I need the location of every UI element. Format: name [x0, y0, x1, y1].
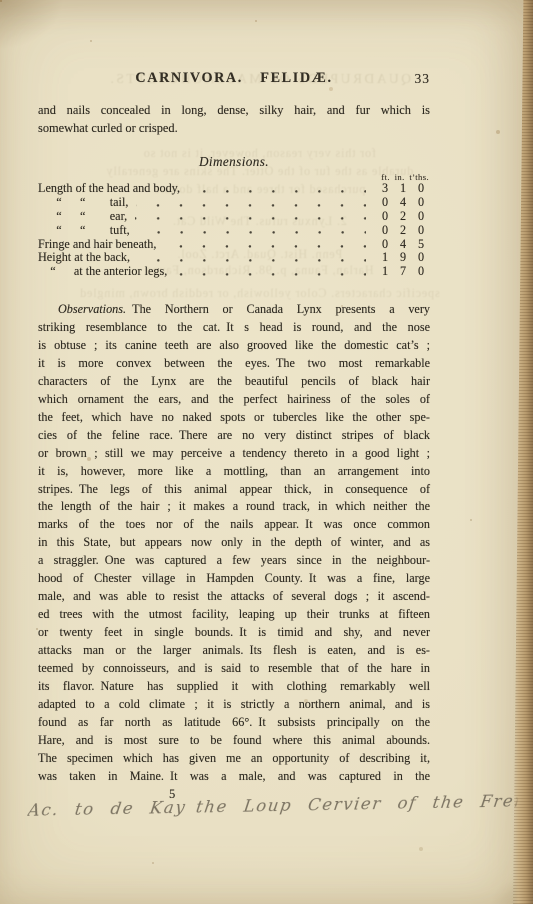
table-row: “ at the anterior legs, 1 7 0	[38, 265, 430, 279]
header-page-number: 33	[415, 71, 431, 87]
leader-dots	[136, 196, 366, 210]
leader-dots	[175, 265, 366, 279]
observations-paragraph: Observations. The Northern or Canada Lyn…	[38, 301, 430, 786]
text-line: stripes. The legs of this animal appear …	[38, 481, 430, 499]
value-tenths: 0	[412, 251, 430, 265]
value-inches: 2	[394, 224, 412, 238]
text-line: is obtuse ; its canine teeth are also gr…	[38, 337, 430, 355]
text-line: a straggler. One was captured a few year…	[38, 552, 430, 570]
value-feet: 0	[376, 238, 394, 252]
leader-dots	[138, 251, 366, 265]
text-line: it is, however, more like a mottling, th…	[38, 463, 430, 481]
text-line: Observations. The Northern or Canada Lyn…	[38, 301, 430, 319]
leader-dots	[188, 182, 366, 196]
dimensions-table: Length of the head and body, 3 1 0 “ “ t…	[38, 182, 430, 279]
row-label: Length of the head and body,	[38, 182, 180, 196]
text-line: ed trees with the utmost facility, leapi…	[38, 606, 430, 624]
value-inches: 7	[394, 265, 412, 279]
text-line: and nails concealed in long, dense, silk…	[38, 101, 430, 119]
text-line: male, and was able to resist the attacks…	[38, 588, 430, 606]
table-row: “ “ tuft, 0 2 0	[38, 224, 430, 238]
leader-dots	[164, 238, 366, 252]
text-line: the length of the hair ; it makes a roun…	[38, 498, 430, 516]
text-line: found as far north as latitude 66°. It s…	[38, 714, 430, 732]
leader-dots	[138, 224, 366, 238]
value-inches: 1	[394, 182, 412, 196]
observations-lines: striking resemblance to the cat. It s he…	[38, 319, 430, 786]
value-inches: 2	[394, 210, 412, 224]
observations-label: Observations.	[58, 302, 126, 316]
value-feet: 1	[376, 251, 394, 265]
dimensions-heading: Dimensions.	[38, 154, 430, 170]
row-label: “ “ tuft,	[38, 224, 130, 238]
text-line: attacks man or the larger animals. Its f…	[38, 642, 430, 660]
row-label: “ “ ear,	[38, 210, 127, 224]
table-row: “ “ tail, 0 4 0	[38, 196, 430, 210]
value-tenths: 5	[412, 238, 430, 252]
row-label: Fringe and hair beneath,	[38, 238, 156, 252]
value-feet: 3	[376, 182, 394, 196]
text-line: somewhat curled or crisped.	[38, 119, 430, 137]
running-header: CARNIVORA. FELIDÆ. 33	[38, 70, 430, 88]
text-line: The specimen which has given me an oppor…	[38, 750, 430, 768]
table-row: “ “ ear, 0 2 0	[38, 210, 430, 224]
text-line: was taken in Maine. It was a male, and w…	[38, 768, 430, 786]
printed-text-block: CARNIVORA. FELIDÆ. 33 and nails conceale…	[38, 70, 430, 870]
text-line: which ornament the ears, and the perfect…	[38, 391, 430, 409]
value-feet: 1	[376, 265, 394, 279]
text-line: characters of the Lynx are the beautiful…	[38, 373, 430, 391]
text-line: marks of the toes nor of the nails appea…	[38, 516, 430, 534]
text-line: striking resemblance to the cat. It s he…	[38, 319, 430, 337]
value-tenths: 0	[412, 210, 430, 224]
value-tenths: 0	[412, 182, 430, 196]
value-feet: 0	[376, 224, 394, 238]
value-tenths: 0	[412, 265, 430, 279]
row-label: “ at the anterior legs,	[38, 265, 167, 279]
value-tenths: 0	[412, 224, 430, 238]
intro-paragraph: and nails concealed in long, dense, silk…	[38, 101, 430, 137]
row-label: “ “ tail,	[38, 196, 128, 210]
text-line: teemed by connoisseurs, and is said to r…	[38, 660, 430, 678]
text-line: cies of the feline race. There are no ve…	[38, 427, 430, 445]
value-tenths: 0	[412, 196, 430, 210]
text-line: adapted to a cold climate ; it is strict…	[38, 696, 430, 714]
table-row: Length of the head and body, 3 1 0	[38, 182, 430, 196]
value-inches: 4	[394, 238, 412, 252]
text-line: or twenty feet in single bounds. It is t…	[38, 624, 430, 642]
text-line: in this State, but appears now only in t…	[38, 534, 430, 552]
table-row: Height at the back, 1 9 0	[38, 251, 430, 265]
value-inches: 9	[394, 251, 412, 265]
row-label: Height at the back,	[38, 251, 130, 265]
text-line: it is more convex between the eyes. The …	[38, 355, 430, 373]
observations-lead-text: The Northern or Canada Lynx presents a v…	[126, 302, 430, 316]
table-row: Fringe and hair beneath, 0 4 5	[38, 238, 430, 252]
page-title: CARNIVORA. FELIDÆ.	[38, 70, 430, 87]
text-line: hood of Chester village in Hampden Count…	[38, 570, 430, 588]
value-feet: 0	[376, 210, 394, 224]
text-line: the feet, which have no naked spots or t…	[38, 409, 430, 427]
book-page-edges	[513, 0, 533, 904]
value-feet: 0	[376, 196, 394, 210]
text-line: its flavor. Nature has supplied it with …	[38, 678, 430, 696]
text-line: Hare, and is most sure to be found where…	[38, 732, 430, 750]
leader-dots	[135, 210, 366, 224]
text-line: or brown ; still we may perceive a tende…	[38, 445, 430, 463]
scanned-book-page: QUADRUPEDS OF MASSACHUSETTS. for this ve…	[0, 0, 533, 904]
value-inches: 4	[394, 196, 412, 210]
